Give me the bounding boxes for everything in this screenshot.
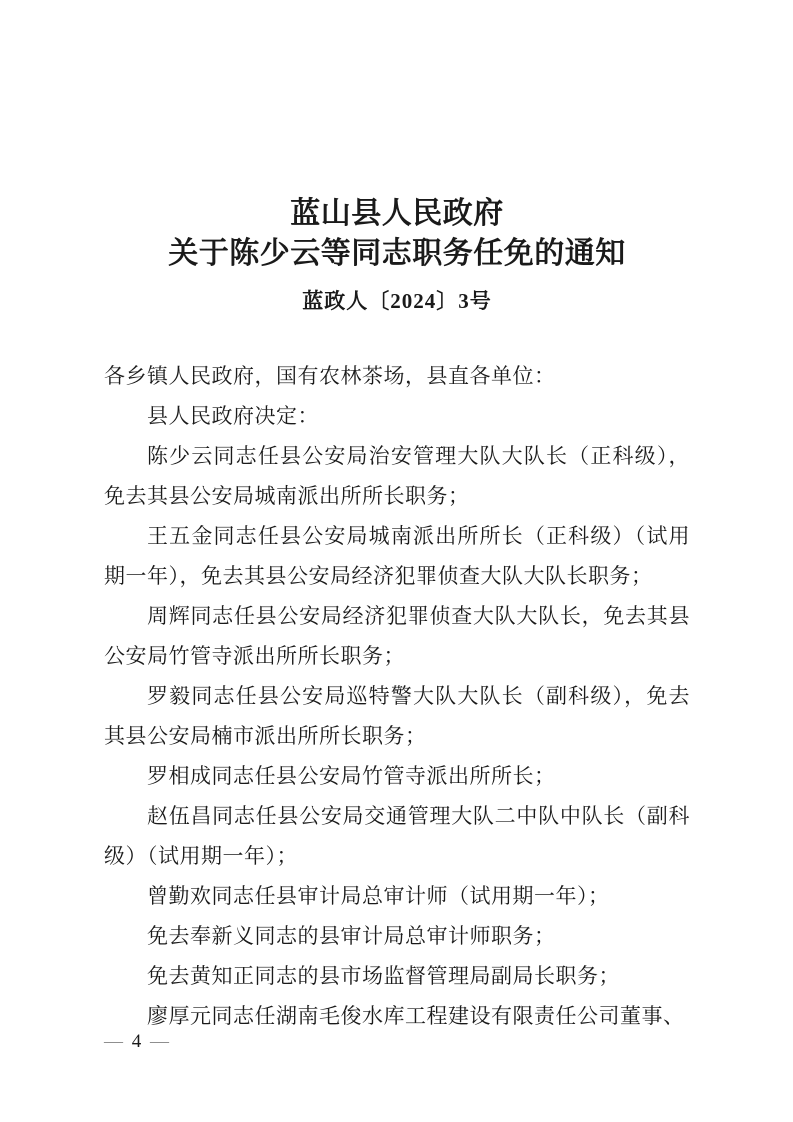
body-paragraph: 县人民政府决定： — [104, 396, 690, 436]
page-number: — 4 — — [104, 1031, 171, 1053]
page-number-dash-right: — — [150, 1031, 171, 1052]
document-number: 蓝政人〔2024〕3号 — [104, 288, 690, 314]
body-paragraph: 免去奉新义同志的县审计局总审计师职务； — [104, 916, 690, 956]
body-paragraph: 罗相成同志任县公安局竹管寺派出所所长； — [104, 756, 690, 796]
body-paragraph: 赵伍昌同志任县公安局交通管理大队二中队中队长（副科级）（试用期一年）； — [104, 796, 690, 876]
page-number-value: 4 — [132, 1031, 144, 1052]
document-content: 蓝山县人民政府 关于陈少云等同志职务任免的通知 蓝政人〔2024〕3号 各乡镇人… — [104, 0, 690, 1036]
document-page: 蓝山县人民政府 关于陈少云等同志职务任免的通知 蓝政人〔2024〕3号 各乡镇人… — [0, 0, 793, 1122]
body-paragraph: 曾勤欢同志任县审计局总审计师（试用期一年）； — [104, 876, 690, 916]
salutation-line: 各乡镇人民政府，国有农林茶场，县直各单位： — [104, 356, 690, 396]
document-body: 各乡镇人民政府，国有农林茶场，县直各单位： 县人民政府决定： 陈少云同志任县公安… — [104, 356, 690, 1036]
page-number-dash-left: — — [104, 1031, 125, 1052]
body-paragraph: 陈少云同志任县公安局治安管理大队大队长（正科级），免去其县公安局城南派出所所长职… — [104, 436, 690, 516]
body-paragraph: 罗毅同志任县公安局巡特警大队大队长（副科级），免去其县公安局楠市派出所所长职务； — [104, 676, 690, 756]
document-title-line2: 关于陈少云等同志职务任免的通知 — [104, 236, 690, 272]
body-paragraph: 王五金同志任县公安局城南派出所所长（正科级）（试用期一年），免去其县公安局经济犯… — [104, 516, 690, 596]
paragraph-list: 县人民政府决定： 陈少云同志任县公安局治安管理大队大队长（正科级），免去其县公安… — [104, 396, 690, 1036]
body-paragraph: 廖厚元同志任湖南毛俊水库工程建设有限责任公司董事、 — [104, 996, 690, 1036]
document-title-line1: 蓝山县人民政府 — [104, 196, 690, 232]
body-paragraph: 免去黄知正同志的县市场监督管理局副局长职务； — [104, 956, 690, 996]
body-paragraph: 周辉同志任县公安局经济犯罪侦查大队大队长，免去其县公安局竹管寺派出所所长职务； — [104, 596, 690, 676]
